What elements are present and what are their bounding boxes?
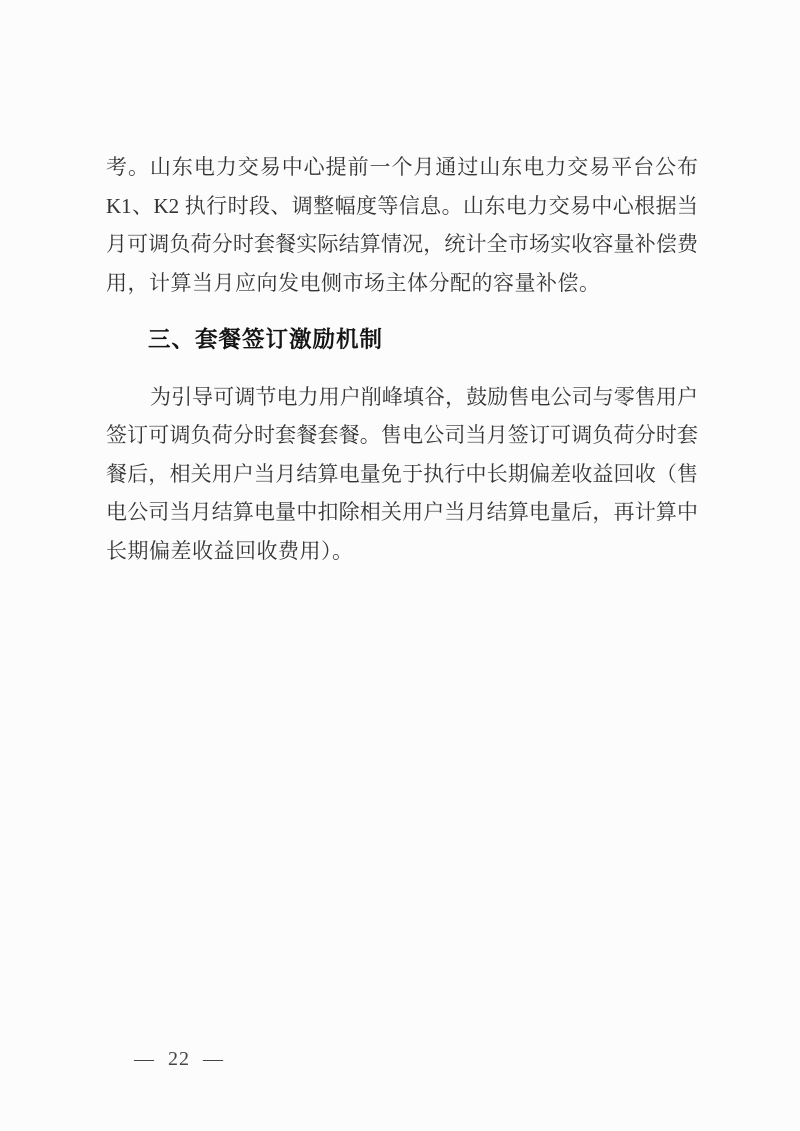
paragraph-line: 长期偏差收益回收费用）。 bbox=[106, 532, 698, 571]
paragraph-line: 月可调负荷分时套餐实际结算情况，统计全市场实收容量补偿费 bbox=[106, 225, 698, 264]
page-number: — 22 — bbox=[134, 1048, 224, 1071]
text-block: 考。山东电力交易中心提前一个月通过山东电力交易平台公布 K1、K2 执行时段、调… bbox=[106, 148, 698, 570]
paragraph-line: K1、K2 执行时段、调整幅度等信息。山东电力交易中心根据当 bbox=[106, 187, 698, 226]
paragraph-line: 为引导可调节电力用户削峰填谷，鼓励售电公司与零售用户 bbox=[106, 378, 698, 417]
document-page: 考。山东电力交易中心提前一个月通过山东电力交易平台公布 K1、K2 执行时段、调… bbox=[0, 0, 800, 1131]
paragraph-line: 餐后，相关用户当月结算电量免于执行中长期偏差收益回收（售 bbox=[106, 455, 698, 494]
section-heading: 三、套餐签订激励机制 bbox=[106, 321, 698, 360]
paragraph-line: 电公司当月结算电量中扣除相关用户当月结算电量后，再计算中 bbox=[106, 493, 698, 532]
paragraph-line: 用，计算当月应向发电侧市场主体分配的容量补偿。 bbox=[106, 264, 698, 303]
paragraph-line: 考。山东电力交易中心提前一个月通过山东电力交易平台公布 bbox=[106, 148, 698, 187]
paragraph-line: 签订可调负荷分时套餐套餐。售电公司当月签订可调负荷分时套 bbox=[106, 416, 698, 455]
